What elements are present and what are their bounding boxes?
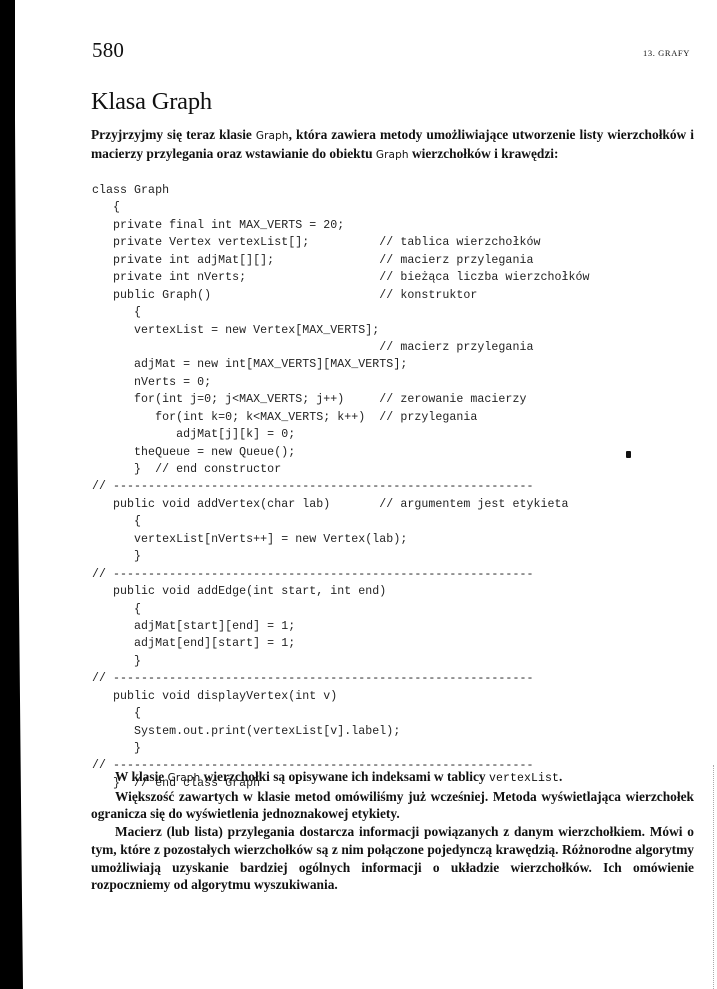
page-number: 580 [92,38,124,62]
code-line: private Vertex vertexList[]; // tablica … [92,234,590,251]
intro-text-before: Przyjrzyjmy się teraz klasie [91,127,256,142]
code-line: adjMat[start][end] = 1; [92,618,590,635]
intro-text-after: wierzchołków i krawędzi: [409,146,559,161]
scan-speck [626,451,631,458]
code-line: public void displayVertex(int v) [92,688,590,705]
code-line: { [92,304,590,321]
paragraph-2: Większość zawartych w klasie metod omówi… [91,788,694,823]
code-line: for(int k=0; k<MAX_VERTS; k++) // przyle… [92,409,590,426]
code-line: adjMat = new int[MAX_VERTS][MAX_VERTS]; [92,356,590,373]
code-line: { [92,513,590,530]
paragraph-3: Macierz (lub lista) przylegania dostarcz… [91,823,694,894]
code-line: } [92,548,590,565]
section-title: Klasa Graph [91,87,212,117]
scan-binding-edge [0,0,24,989]
paragraph-1: W klasie Graph wierzchołki są opisywane … [91,768,694,788]
code-line: public void addVertex(char lab) // argum… [92,496,590,513]
code-line: private final int MAX_VERTS = 20; [92,217,590,234]
code-line: for(int j=0; j<MAX_VERTS; j++) // zerowa… [92,391,590,408]
code-separator-line: // -------------------------------------… [92,478,590,495]
code-line: nVerts = 0; [92,374,590,391]
code-separator-line: // -------------------------------------… [92,670,590,687]
inline-code-graph: Graph [256,130,289,142]
code-line: // macierz przylegania [92,339,590,356]
code-listing-graph-class: class Graph { private final int MAX_VERT… [92,182,590,792]
code-line: private int nVerts; // bieżąca liczba wi… [92,269,590,286]
code-line: vertexList = new Vertex[MAX_VERTS]; [92,322,590,339]
running-head: 13. GRAFY [643,48,690,58]
code-separator-line: // -------------------------------------… [92,566,590,583]
code-line: } [92,740,590,757]
code-line: } [92,653,590,670]
intro-paragraph: Przyjrzyjmy się teraz klasie Graph, któr… [91,126,694,164]
code-line: { [92,601,590,618]
body-text: W klasie Graph wierzchołki są opisywane … [91,768,694,894]
code-line: vertexList[nVerts++] = new Vertex(lab); [92,531,590,548]
code-line: adjMat[end][start] = 1; [92,635,590,652]
inline-code-graph: Graph [376,149,409,161]
p1-text-middle: wierzchołki są opisywane ich indeksami w… [200,769,489,784]
code-line: class Graph [92,182,590,199]
code-line: System.out.print(vertexList[v].label); [92,723,590,740]
code-line: public void addEdge(int start, int end) [92,583,590,600]
scan-right-edge-artifact [713,765,717,989]
inline-code-graph: Graph [168,772,201,784]
code-line: { [92,705,590,722]
p1-text-after: . [559,769,562,784]
code-line: { [92,199,590,216]
inline-code-vertexlist: vertexList [489,772,559,785]
p1-text-before: W klasie [115,769,168,784]
code-line: theQueue = new Queue(); [92,444,590,461]
code-line: public Graph() // konstruktor [92,287,590,304]
code-line: adjMat[j][k] = 0; [92,426,590,443]
code-line: } // end constructor [92,461,590,478]
code-line: private int adjMat[][]; // macierz przyl… [92,252,590,269]
